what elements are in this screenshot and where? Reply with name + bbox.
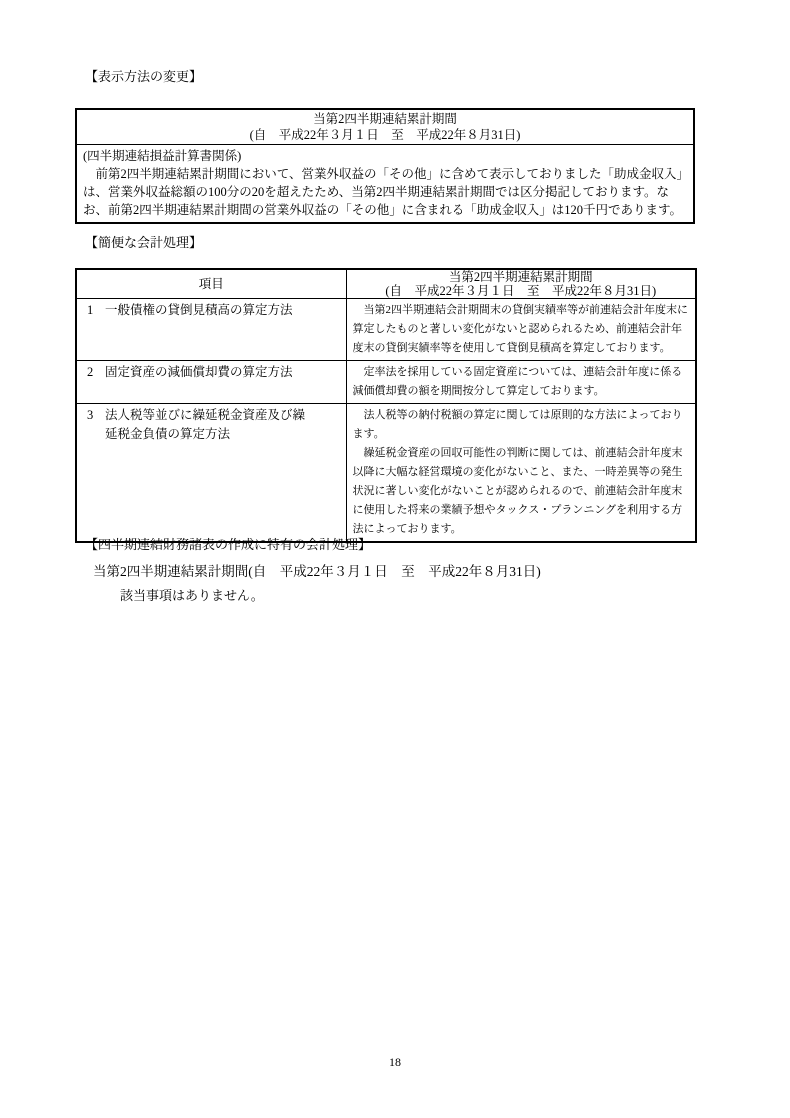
item-cell: 1 一般債権の貸倒見積高の算定方法 — [76, 299, 346, 361]
item-cell: 3 法人税等並びに繰延税金資産及び繰延税金負債の算定方法 — [76, 404, 346, 543]
period-header-cell: 当第2四半期連結累計期間 (自 平成22年３月１日 至 平成22年８月31日) — [76, 109, 694, 145]
description-cell: 当第2四半期連結会計期間末の貸倒実績率等が前連結会計年度末に算定したものと著しい… — [346, 299, 696, 361]
document-page: 【表示方法の変更】 当第2四半期連結累計期間 (自 平成22年３月１日 至 平成… — [0, 0, 790, 1118]
statement-subtitle: (四半期連結損益計算書関係) — [83, 147, 688, 165]
period-range: (自 平成22年３月１日 至 平成22年８月31日) — [347, 284, 696, 298]
table-row: 1 一般債権の貸倒見積高の算定方法 当第2四半期連結会計期間末の貸倒実績率等が前… — [76, 299, 696, 361]
table-body-row: (四半期連結損益計算書関係) 前第2四半期連結累計期間において、営業外収益の「そ… — [76, 145, 694, 224]
table-row: 2 固定資産の減価償却費の算定方法 定率法を採用している固定資産については、連結… — [76, 361, 696, 404]
item-label: 法人税等並びに繰延税金資産及び繰延税金負債の算定方法 — [105, 406, 310, 444]
period-range: (自 平成22年３月１日 至 平成22年８月31日) — [77, 127, 693, 143]
item-label: 一般債権の貸倒見積高の算定方法 — [105, 301, 310, 320]
table-header-row: 項目 当第2四半期連結累計期間 (自 平成22年３月１日 至 平成22年８月31… — [76, 269, 696, 299]
period-column-header: 当第2四半期連結累計期間 (自 平成22年３月１日 至 平成22年８月31日) — [346, 269, 696, 299]
item-column-header: 項目 — [76, 269, 346, 299]
item-number: 1 — [87, 301, 105, 320]
description-cell: 定率法を採用している固定資産については、連結会計年度に係る減価償却費の額を期間按… — [346, 361, 696, 404]
table-row: 3 法人税等並びに繰延税金資産及び繰延税金負債の算定方法 法人税等の納付税額の算… — [76, 404, 696, 543]
item-cell: 2 固定資産の減価償却費の算定方法 — [76, 361, 346, 404]
specific-accounting-note: 該当事項はありません。 — [120, 585, 264, 604]
section-heading-specific-accounting: 【四半期連結財務諸表の作成に特有の会計処理】 — [85, 537, 371, 553]
section-heading-simplified-accounting: 【簡便な会計処理】 — [85, 235, 202, 251]
simplified-accounting-table: 項目 当第2四半期連結累計期間 (自 平成22年３月１日 至 平成22年８月31… — [75, 268, 697, 543]
item-number: 2 — [87, 363, 105, 382]
page-number: 18 — [0, 1055, 790, 1070]
period-title: 当第2四半期連結累計期間 — [77, 111, 693, 127]
description-cell: 法人税等の納付税額の算定に関しては原則的な方法によっております。 繰延税金資産の… — [346, 404, 696, 543]
item-label: 固定資産の減価償却費の算定方法 — [105, 363, 310, 382]
specific-accounting-period: 当第2四半期連結累計期間(自 平成22年３月１日 至 平成22年８月31日) — [93, 560, 541, 580]
statement-body-cell: (四半期連結損益計算書関係) 前第2四半期連結累計期間において、営業外収益の「そ… — [76, 145, 694, 224]
period-title: 当第2四半期連結累計期間 — [347, 270, 696, 284]
table-header-row: 当第2四半期連結累計期間 (自 平成22年３月１日 至 平成22年８月31日) — [76, 109, 694, 145]
section-heading-presentation-change: 【表示方法の変更】 — [85, 69, 202, 85]
item-number: 3 — [87, 406, 105, 425]
presentation-change-table: 当第2四半期連結累計期間 (自 平成22年３月１日 至 平成22年８月31日) … — [75, 108, 695, 224]
statement-paragraph: 前第2四半期連結累計期間において、営業外収益の「その他」に含めて表示しておりまし… — [83, 165, 688, 219]
